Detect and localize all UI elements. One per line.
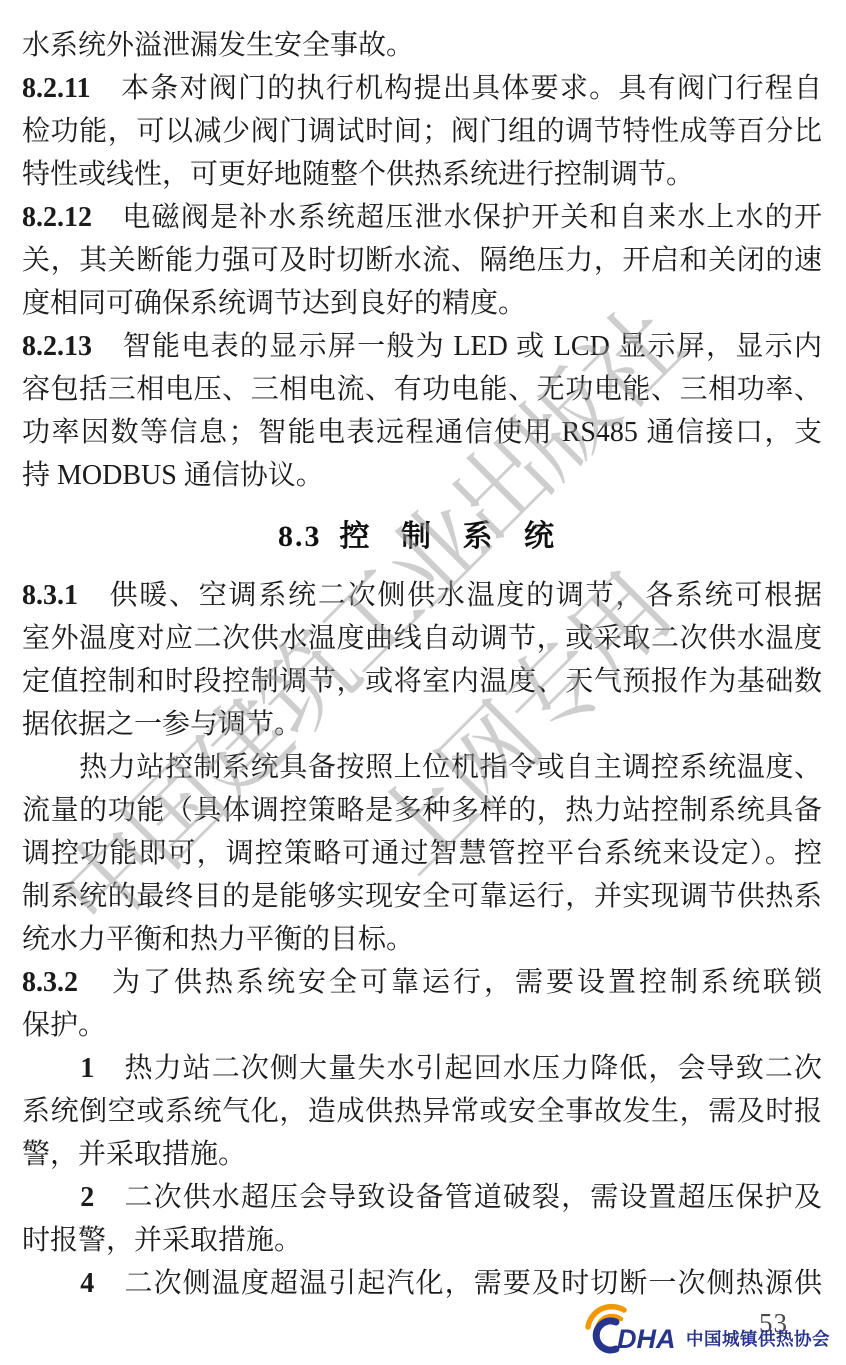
text-line: 统水力平衡和热力平衡的目标。 — [22, 918, 822, 961]
text-line: 系统倒空或系统气化，造成供热异常或安全事故发生，需及时报 — [22, 1090, 822, 1133]
text-run: 关，其关断能力强可及时切断水流、隔绝压力，开启和关闭的速 — [22, 245, 822, 276]
clause-number: 4 — [80, 1268, 94, 1299]
text-line: 调控功能即可，调控策略可通过智慧管控平台系统来设定）。控 — [22, 832, 822, 875]
text-line: 热力站控制系统具备按照上位机指令或自主调控系统温度、 — [22, 746, 822, 789]
text-run: 二次供水超压会导致设备管道破裂，需设置超压保护及 — [94, 1182, 822, 1213]
text-run: 功率因数等信息；智能电表远程通信使用 RS485 通信接口，支 — [22, 417, 822, 448]
text-line: 制系统的最终目的是能够实现安全可靠运行，并实现调节供热系 — [22, 875, 822, 918]
text-line: 据依据之一参与调节。 — [22, 703, 822, 746]
text-run: 热力站二次侧大量失水引起回水压力降低，会导致二次 — [94, 1053, 822, 1084]
clause-number: 8.2.13 — [22, 331, 92, 362]
text-run: 供暖、空调系统二次侧供水温度的调节，各系统可根据 — [78, 580, 822, 611]
association-name: 中国城镇供热协会 — [686, 1331, 830, 1356]
text-run: 制系统的最终目的是能够实现安全可靠运行，并实现调节供热系 — [22, 881, 822, 912]
text-run: 二次侧温度超温引起汽化，需要及时切断一次侧热源供 — [94, 1268, 822, 1299]
text-run: 智能电表的显示屏一般为 LED 或 LCD 显示屏，显示内 — [92, 331, 822, 362]
text-run: 据依据之一参与调节。 — [22, 709, 302, 740]
text-run: 电磁阀是补水系统超压泄水保护开关和自来水上水的开 — [92, 202, 822, 233]
section-title: 控 制 系 统 — [340, 520, 567, 553]
text-line: 2 二次供水超压会导致设备管道破裂，需设置超压保护及 — [22, 1176, 822, 1219]
text-line: 容包括三相电压、三相电流、有功电能、无功电能、三相功率、 — [22, 368, 822, 411]
text-run: 系统倒空或系统气化，造成供热异常或安全事故发生，需及时报 — [22, 1096, 822, 1127]
text-run: 室外温度对应二次供水温度曲线自动调节，或采取二次供水温度 — [22, 623, 822, 654]
text-line: 8.3.1 供暖、空调系统二次侧供水温度的调节，各系统可根据 — [22, 574, 822, 617]
text-run: 本条对阀门的执行机构提出具体要求。具有阀门行程自 — [90, 73, 822, 104]
text-run — [22, 1268, 80, 1299]
clause-number: 8.3.1 — [22, 580, 78, 611]
text-run: 持 MODBUS 通信协议。 — [22, 460, 324, 491]
document-body: 水系统外溢泄漏发生安全事故。8.2.11 本条对阀门的执行机构提出具体要求。具有… — [0, 0, 846, 1305]
text-run: 容包括三相电压、三相电流、有功电能、无功电能、三相功率、 — [22, 374, 822, 405]
document-page: 水系统外溢泄漏发生安全事故。8.2.11 本条对阀门的执行机构提出具体要求。具有… — [0, 0, 846, 1365]
text-line: 关，其关断能力强可及时切断水流、隔绝压力，开启和关闭的速 — [22, 239, 822, 282]
text-line: 8.2.12 电磁阀是补水系统超压泄水保护开关和自来水上水的开 — [22, 196, 822, 239]
clause-number: 8.3.2 — [22, 967, 78, 998]
text-line: 室外温度对应二次供水温度曲线自动调节，或采取二次供水温度 — [22, 617, 822, 660]
text-line: 时报警，并采取措施。 — [22, 1219, 822, 1262]
text-line: 4 二次侧温度超温引起汽化，需要及时切断一次侧热源供 — [22, 1262, 822, 1305]
text-run: 特性或线性，可更好地随整个供热系统进行控制调节。 — [22, 159, 694, 190]
text-run: 保护。 — [22, 1010, 106, 1041]
text-run — [22, 1053, 80, 1084]
text-run: 检功能，可以减少阀门调试时间；阀门组的调节特性成等百分比 — [22, 116, 822, 147]
clause-number: 2 — [80, 1182, 94, 1213]
text-line: 流量的功能（具体调控策略是多种多样的，热力站控制系统具备 — [22, 789, 822, 832]
text-run: 警，并采取措施。 — [22, 1139, 246, 1170]
section-number: 8.3 — [278, 520, 322, 553]
text-line: 持 MODBUS 通信协议。 — [22, 454, 822, 497]
text-line: 警，并采取措施。 — [22, 1133, 822, 1176]
text-run: 流量的功能（具体调控策略是多种多样的，热力站控制系统具备 — [22, 795, 822, 826]
clause-number: 8.2.12 — [22, 202, 92, 233]
association-logo-icon: DHA — [580, 1303, 680, 1355]
text-run — [22, 1182, 80, 1213]
text-run: 水系统外溢泄漏发生安全事故。 — [22, 30, 414, 61]
text-line: 1 热力站二次侧大量失水引起回水压力降低，会导致二次 — [22, 1047, 822, 1090]
text-line: 功率因数等信息；智能电表远程通信使用 RS485 通信接口，支 — [22, 411, 822, 454]
text-line: 定值控制和时段控制调节，或将室内温度、天气预报作为基础数 — [22, 660, 822, 703]
text-line: 8.3.2 为了供热系统安全可靠运行，需要设置控制系统联锁 — [22, 961, 822, 1004]
text-run: 统水力平衡和热力平衡的目标。 — [22, 924, 414, 955]
text-line: 8.2.11 本条对阀门的执行机构提出具体要求。具有阀门行程自 — [22, 67, 822, 110]
text-run: 调控功能即可，调控策略可通过智慧管控平台系统来设定）。控 — [22, 838, 822, 869]
footer-logo-block: DHA 中国城镇供热协会 — [580, 1303, 830, 1355]
text-run: 定值控制和时段控制调节，或将室内温度、天气预报作为基础数 — [22, 666, 822, 697]
text-line: 水系统外溢泄漏发生安全事故。 — [22, 24, 822, 67]
text-run: 为了供热系统安全可靠运行，需要设置控制系统联锁 — [78, 967, 822, 998]
dha-acronym: DHA — [617, 1324, 676, 1354]
text-line: 8.2.13 智能电表的显示屏一般为 LED 或 LCD 显示屏，显示内 — [22, 325, 822, 368]
text-line: 保护。 — [22, 1004, 822, 1047]
section-heading: 8.3控 制 系 统 — [22, 515, 822, 558]
clause-number: 8.2.11 — [22, 73, 90, 104]
clause-number: 1 — [80, 1053, 94, 1084]
text-line: 检功能，可以减少阀门调试时间；阀门组的调节特性成等百分比 — [22, 110, 822, 153]
text-run: 时报警，并采取措施。 — [22, 1225, 302, 1256]
text-line: 特性或线性，可更好地随整个供热系统进行控制调节。 — [22, 153, 822, 196]
text-run: 热力站控制系统具备按照上位机指令或自主调控系统温度、 — [22, 752, 822, 783]
text-line: 度相同可确保系统调节达到良好的精度。 — [22, 282, 822, 325]
text-run: 度相同可确保系统调节达到良好的精度。 — [22, 288, 526, 319]
